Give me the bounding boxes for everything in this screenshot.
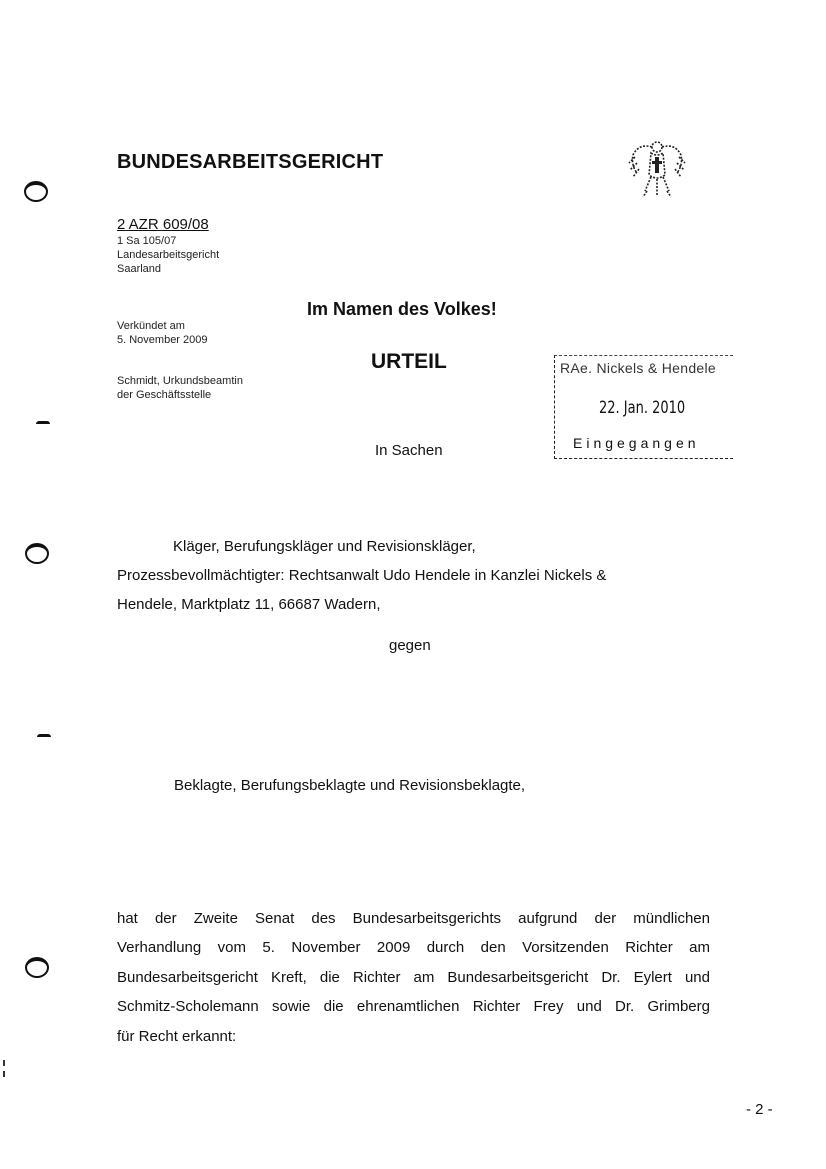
punch-hole-icon [24,181,48,202]
ruling-line: Schmitz-Scholemann sowie die ehrenamtlic… [117,992,710,1021]
federal-eagle-icon [625,135,689,203]
scan-mark-icon [3,1060,5,1066]
previous-case-number: 1 Sa 105/07 [117,234,219,248]
plaintiff-role: Kläger, Berufungskläger und Revisionsklä… [173,532,476,561]
ruling-line: Bundesarbeitsgericht Kreft, die Richter … [117,963,710,992]
previous-court: Landesarbeitsgericht [117,248,219,262]
page-number: - 2 - [746,1101,773,1118]
clerk-info: Schmidt, Urkundsbeamtin der Geschäftsste… [117,374,243,402]
punch-hole-icon [25,543,49,564]
punch-hole-icon [25,957,49,978]
counsel: Prozessbevollmächtigter: Rechtsanwalt Ud… [117,561,606,619]
previous-case: 1 Sa 105/07 Landesarbeitsgericht Saarlan… [117,234,219,276]
ruling-line: hat der Zweite Senat des Bundesarbeitsge… [117,904,710,933]
court-name: BUNDESARBEITSGERICHT [117,151,383,174]
counsel-line: Hendele, Marktplatz 11, 66687 Wadern, [117,590,606,619]
stamp-date: 22. Jan. 2010 [599,398,685,418]
received-stamp: RAe. Nickels & Hendele 22. Jan. 2010 Ein… [554,355,733,459]
announcement-date: Verkündet am 5. November 2009 [117,319,208,347]
ruling-line: Verhandlung vom 5. November 2009 durch d… [117,933,710,962]
stamp-received: Eingegangen [573,435,700,451]
scan-mark-icon [37,734,51,737]
counsel-line: Prozessbevollmächtigter: Rechtsanwalt Ud… [117,561,606,590]
in-matter-label: In Sachen [375,442,443,459]
previous-court-region: Saarland [117,262,219,276]
case-number: 2 AZR 609/08 [117,216,209,233]
ruling-line: für Recht erkannt: [117,1022,710,1051]
scan-mark-icon [3,1071,5,1077]
stamp-firm: RAe. Nickels & Hendele [560,360,716,376]
defendant-role: Beklagte, Berufungsbeklagte und Revision… [174,777,525,794]
ruling-paragraph: hat der Zweite Senat des Bundesarbeitsge… [117,904,710,1051]
in-the-name-heading: Im Namen des Volkes! [307,299,497,320]
judgment-title: URTEIL [371,350,447,374]
versus-label: gegen [389,637,431,654]
scan-mark-icon [36,421,50,424]
